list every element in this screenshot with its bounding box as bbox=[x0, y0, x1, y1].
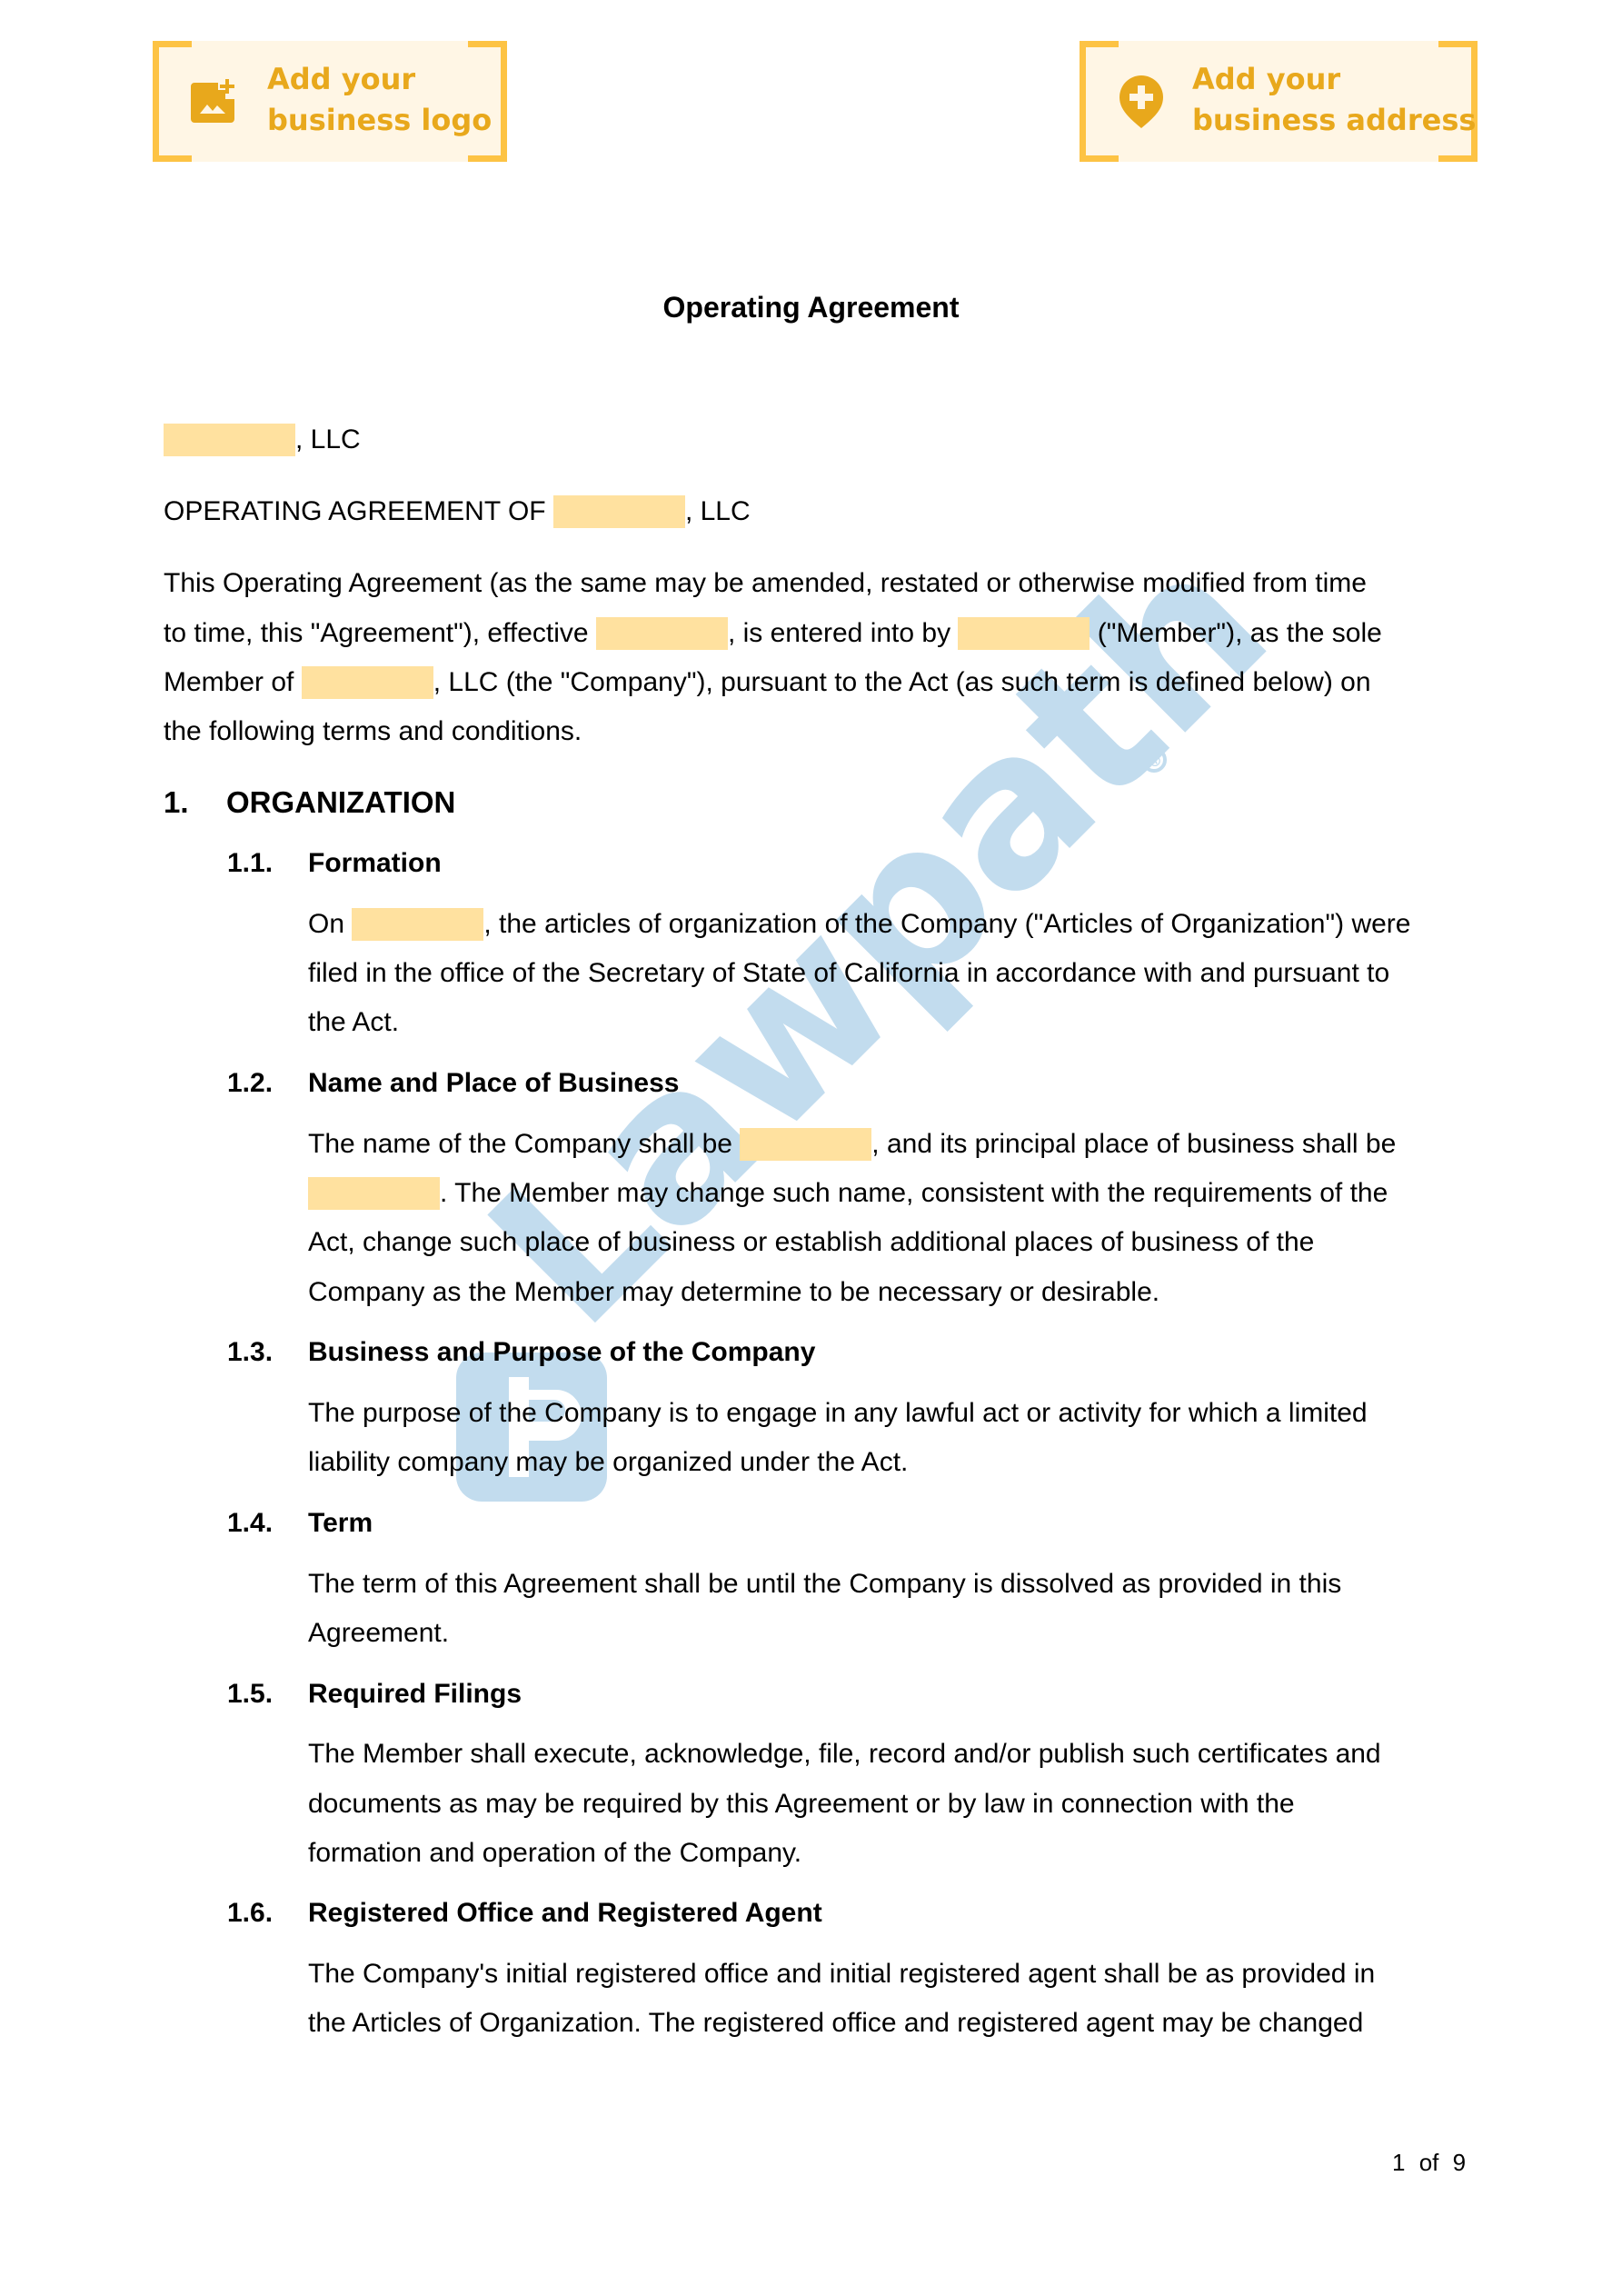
subsection-heading: Term bbox=[308, 1507, 373, 1540]
body-line: formation and operation of the Company. bbox=[308, 1837, 801, 1870]
body-line: The Company's initial registered office … bbox=[308, 1958, 1375, 1991]
subsection-number: 1.1. bbox=[227, 847, 273, 880]
intro-line: Member of , LLC (the "Company"), pursuan… bbox=[164, 666, 1371, 699]
subsection-heading: Business and Purpose of the Company bbox=[308, 1336, 815, 1369]
body-line: filed in the office of the Secretary of … bbox=[308, 957, 1389, 990]
registered-mark: ® bbox=[1148, 753, 1162, 770]
body-line: On , the articles of organization of the… bbox=[308, 908, 1410, 941]
subsection-number: 1.5. bbox=[227, 1678, 273, 1711]
subsection-heading: Required Filings bbox=[308, 1678, 522, 1711]
subsection-number: 1.2. bbox=[227, 1067, 273, 1100]
body-line: the Act. bbox=[308, 1006, 399, 1039]
address-label-line1: Add your bbox=[1192, 59, 1340, 100]
member-name-field[interactable] bbox=[958, 617, 1090, 650]
page-number: 1 of 9 bbox=[1392, 2149, 1466, 2177]
company-name-field[interactable] bbox=[553, 495, 685, 528]
place-of-business-field[interactable] bbox=[308, 1177, 440, 1210]
intro-line: This Operating Agreement (as the same ma… bbox=[164, 567, 1367, 600]
bracket-left bbox=[153, 41, 192, 162]
section-heading: ORGANIZATION bbox=[226, 786, 455, 819]
subsection-number: 1.3. bbox=[227, 1336, 273, 1369]
add-location-pin-icon bbox=[1118, 74, 1165, 130]
body-line: liability company may be organized under… bbox=[308, 1446, 908, 1479]
company-name-field[interactable] bbox=[164, 424, 295, 456]
intro-line: to time, this "Agreement"), effective , … bbox=[164, 617, 1382, 650]
subsection-heading: Registered Office and Registered Agent bbox=[308, 1897, 822, 1930]
logo-label-line2: business logo bbox=[267, 100, 492, 141]
company-name-line: , LLC bbox=[164, 424, 361, 456]
body-line: Act, change such place of business or es… bbox=[308, 1226, 1314, 1259]
subsection-heading: Formation bbox=[308, 847, 442, 880]
intro-line: the following terms and conditions. bbox=[164, 715, 582, 748]
body-line: The name of the Company shall be , and i… bbox=[308, 1128, 1396, 1161]
address-label-line2: business address bbox=[1192, 100, 1476, 141]
formation-date-field[interactable] bbox=[352, 908, 483, 941]
body-line: the Articles of Organization. The regist… bbox=[308, 2007, 1363, 2040]
subsection-heading: Name and Place of Business bbox=[308, 1067, 680, 1100]
body-line: Agreement. bbox=[308, 1617, 449, 1650]
page-title: Operating Agreement bbox=[0, 291, 1622, 324]
subsection-number: 1.4. bbox=[227, 1507, 273, 1540]
body-line: . The Member may change such name, consi… bbox=[308, 1177, 1388, 1210]
body-line: The purpose of the Company is to engage … bbox=[308, 1397, 1368, 1430]
subsection-number: 1.6. bbox=[227, 1897, 273, 1930]
bracket-left bbox=[1080, 41, 1119, 162]
body-line: documents as may be required by this Agr… bbox=[308, 1788, 1295, 1821]
effective-date-field[interactable] bbox=[596, 617, 728, 650]
add-image-icon bbox=[191, 77, 238, 125]
company-name-field[interactable] bbox=[302, 666, 433, 699]
section-number: 1. bbox=[164, 786, 189, 819]
agreement-of-line: OPERATING AGREEMENT OF , LLC bbox=[164, 495, 751, 528]
company-name-field[interactable] bbox=[740, 1128, 871, 1161]
add-business-logo-button[interactable]: Add your business logo bbox=[153, 41, 507, 162]
body-line: The term of this Agreement shall be unti… bbox=[308, 1568, 1341, 1601]
add-business-address-button[interactable]: Add your business address bbox=[1080, 41, 1478, 162]
body-line: Company as the Member may determine to b… bbox=[308, 1276, 1159, 1309]
logo-label-line1: Add your bbox=[267, 59, 415, 100]
body-line: The Member shall execute, acknowledge, f… bbox=[308, 1738, 1381, 1771]
